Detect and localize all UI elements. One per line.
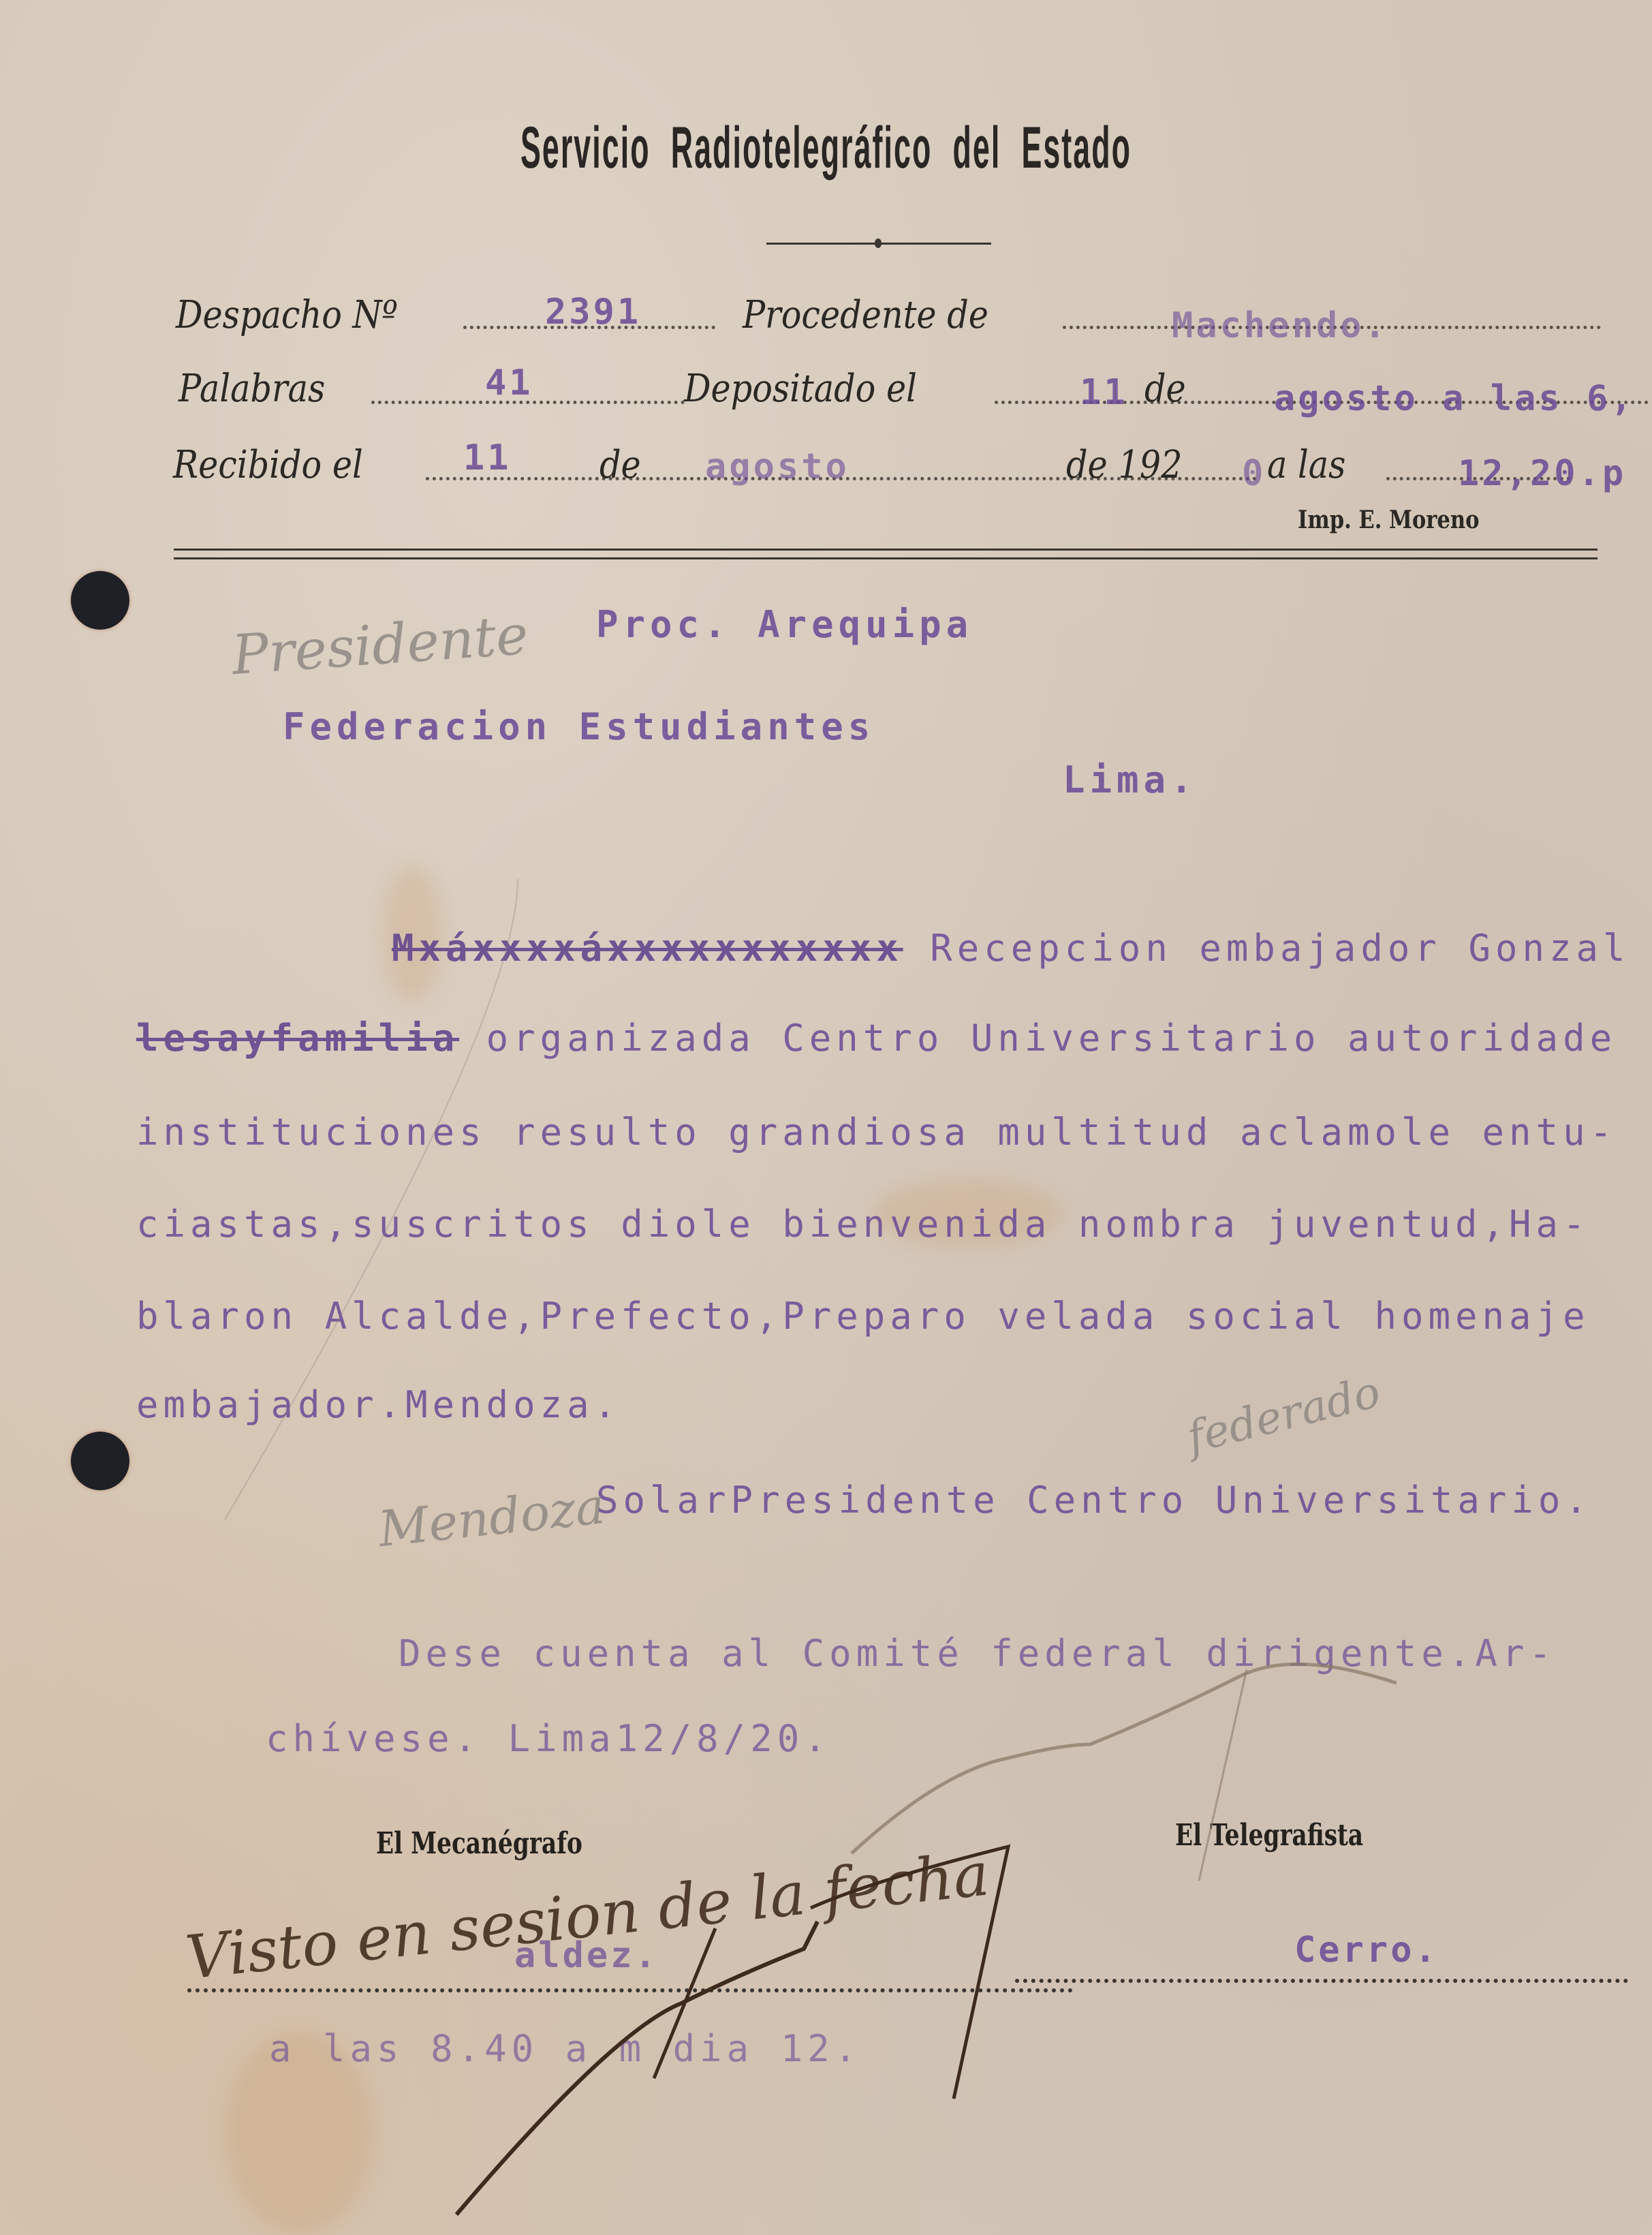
signature-strokes <box>0 0 1652 2235</box>
